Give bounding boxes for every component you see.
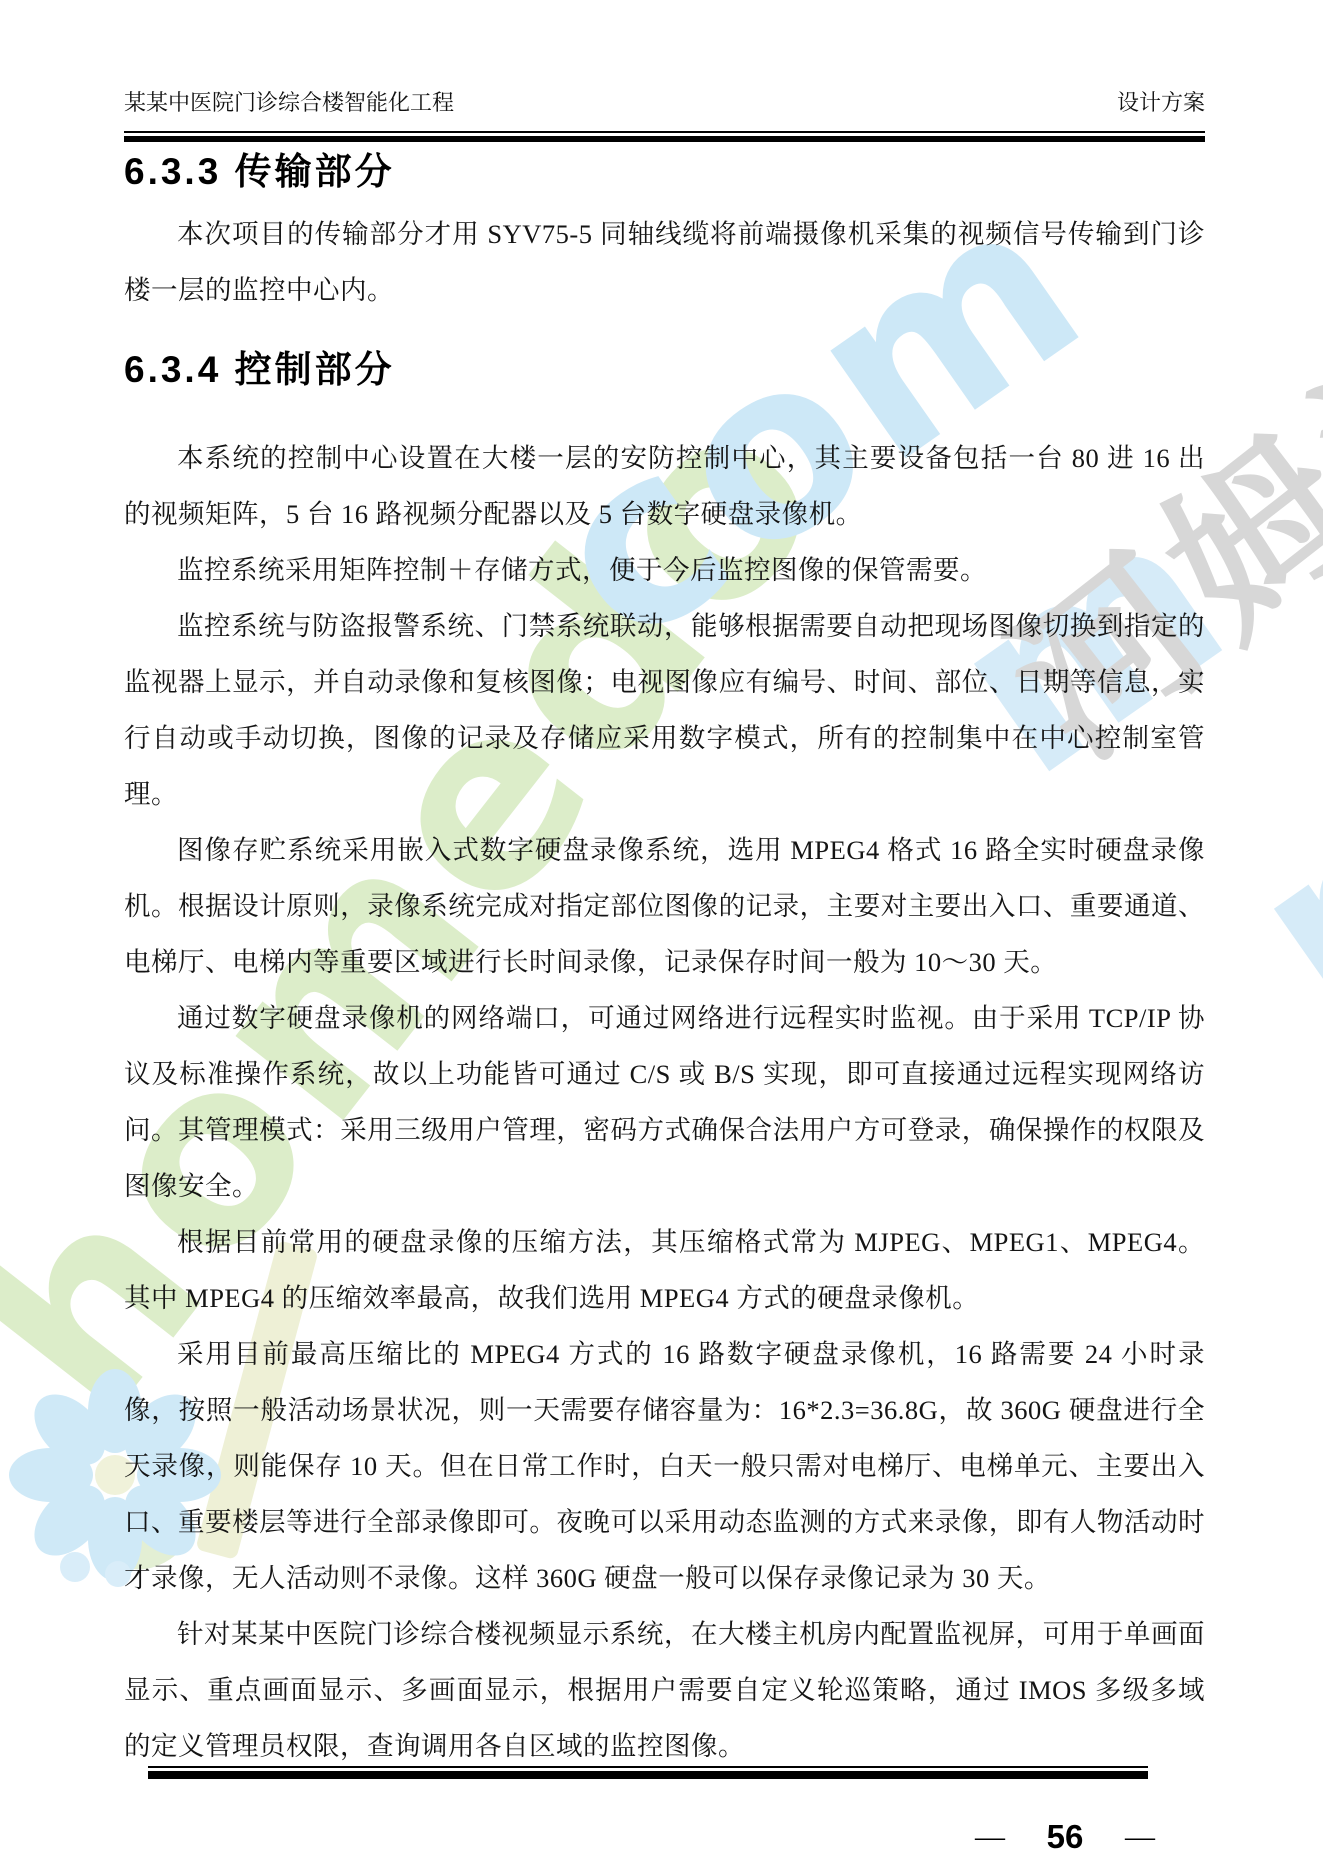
running-header: 某某中医院门诊综合楼智能化工程 设计方案: [124, 86, 1205, 117]
document-content: 6.3.3 传输部分 本次项目的传输部分才用 SYV75-5 同轴线缆将前端摄像…: [124, 146, 1205, 1774]
header-rule-thick: [124, 136, 1205, 142]
paragraph: 根据目前常用的硬盘录像的压缩方法，其压缩格式常为 MJPEG、MPEG1、MPE…: [124, 1214, 1205, 1326]
section-heading-6-3-4: 6.3.4 控制部分: [124, 346, 1205, 394]
paragraph: 采用目前最高压缩比的 MPEG4 方式的 16 路数字硬盘录像机，16 路需要 …: [124, 1326, 1205, 1606]
header-rule-thin: [124, 131, 1205, 133]
document-page: homedo com m m 河姆渡 某某中医院门诊综合楼智能化工程 设: [0, 0, 1323, 1872]
paragraph: 本系统的控制中心设置在大楼一层的安防控制中心，其主要设备包括一台 80 进 16…: [124, 430, 1205, 542]
footer-rule-thick: [148, 1771, 1148, 1779]
header-left-title: 某某中医院门诊综合楼智能化工程: [124, 86, 454, 117]
page-number-right-dash: —: [1125, 1820, 1155, 1854]
page-number-left-dash: —: [975, 1820, 1005, 1854]
paragraph: 图像存贮系统采用嵌入式数字硬盘录像系统，选用 MPEG4 格式 16 路全实时硬…: [124, 822, 1205, 990]
paragraph: 本次项目的传输部分才用 SYV75-5 同轴线缆将前端摄像机采集的视频信号传输到…: [124, 206, 1205, 318]
paragraph: 针对某某中医院门诊综合楼视频显示系统，在大楼主机房内配置监视屏，可用于单画面显示…: [124, 1606, 1205, 1774]
header-right-title: 设计方案: [1117, 86, 1205, 117]
paragraph: 监控系统采用矩阵控制＋存储方式，便于今后监控图像的保管需要。: [124, 542, 1205, 598]
paragraph: 通过数字硬盘录像机的网络端口，可通过网络进行远程实时监视。由于采用 TCP/IP…: [124, 990, 1205, 1214]
page-number-value: 56: [1047, 1818, 1084, 1856]
section-heading-6-3-3: 6.3.3 传输部分: [124, 148, 1205, 196]
paragraph: 监控系统与防盗报警系统、门禁系统联动，能够根据需要自动把现场图像切换到指定的监视…: [124, 598, 1205, 822]
footer-rule-thin: [148, 1766, 1148, 1768]
page-number: — 56 —: [975, 1818, 1155, 1856]
watermark-letter-m-blue-2: m: [1205, 702, 1323, 1075]
